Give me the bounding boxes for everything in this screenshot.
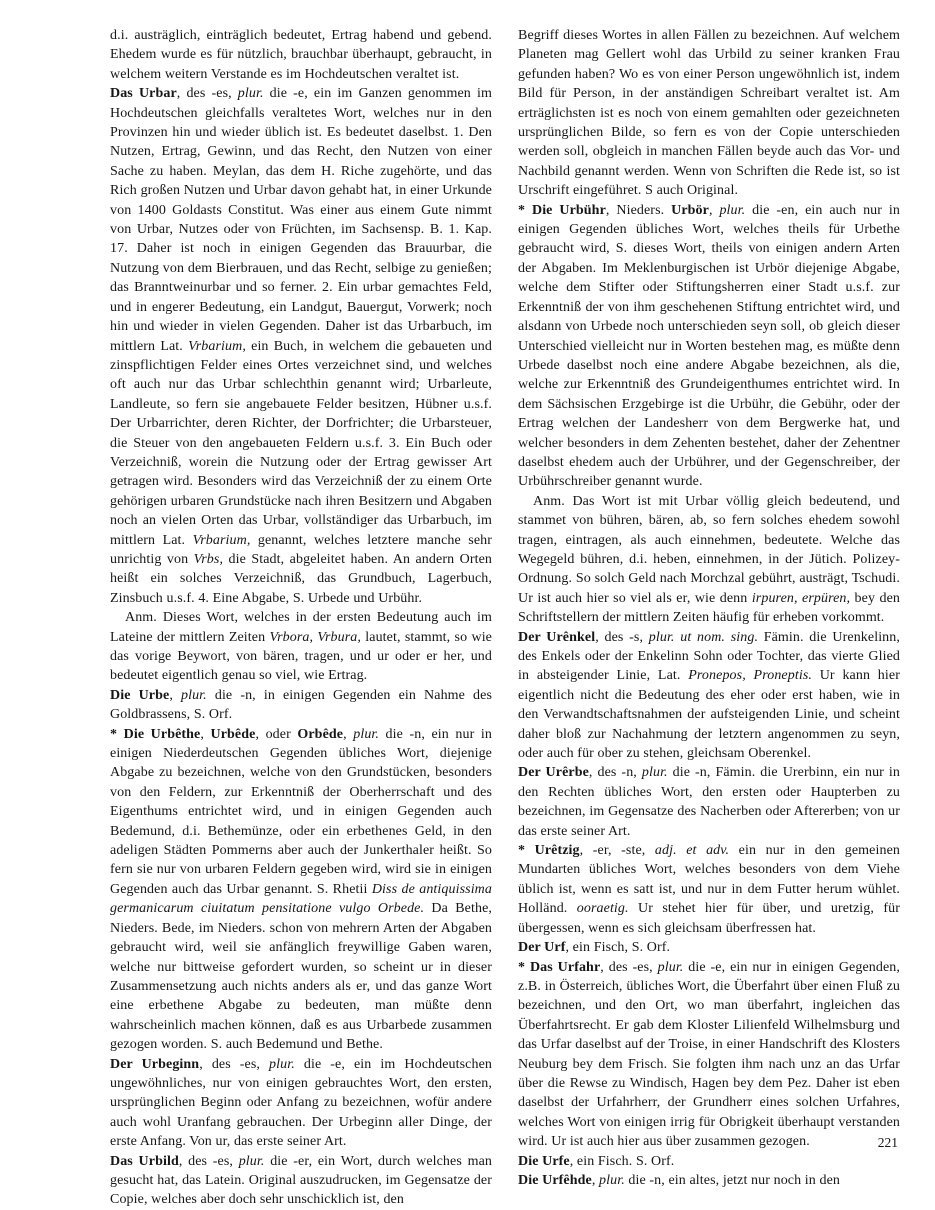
headword: Der Urêrbe: [518, 765, 589, 780]
entry-text: plur.: [269, 1057, 295, 1072]
entry-text: plur.: [239, 1154, 265, 1169]
entry-der-urf: Der Urf, ein Fisch, S. Orf.: [518, 938, 900, 957]
entry-text: die -e, ein im Ganzen genommen im Hochde…: [110, 86, 492, 353]
entry-die-urfe: Die Urfe, ein Fisch. S. Orf.: [518, 1152, 900, 1171]
entry-text: plur.: [181, 688, 207, 703]
entry-text: Begriff dieses Wortes in allen Fällen zu…: [518, 28, 900, 198]
text-columns: d.i. austräglich, einträglich bedeutet, …: [110, 26, 900, 1210]
entry-das-urbar: Das Urbar, des -es, plur. die -e, ein im…: [110, 84, 492, 608]
anmerkung-urbar: Anm. Dieses Wort, welches in der ersten …: [110, 608, 492, 686]
entry-text: d.i. austräglich, einträglich bedeutet, …: [110, 28, 492, 82]
entry-das-urbild-continuation: Begriff dieses Wortes in allen Fällen zu…: [518, 26, 900, 201]
entry-text: , des -es,: [600, 960, 657, 975]
headword: * Das Urfahr: [518, 960, 600, 975]
entry-text: plur.: [719, 203, 745, 218]
entry-text: die -n, ein altes, jetzt nur noch in den: [625, 1173, 840, 1188]
entry-die-urbethe: * Die Urbêthe, Urbêde, oder Orbêde, plur…: [110, 725, 492, 1055]
entry-text: ,: [709, 203, 720, 218]
entry-text: plur.: [353, 727, 379, 742]
headword: Der Urf: [518, 940, 565, 955]
entry-text: , des -es,: [199, 1057, 269, 1072]
left-column: d.i. austräglich, einträglich bedeutet, …: [110, 26, 492, 1210]
right-column: Begriff dieses Wortes in allen Fällen zu…: [518, 26, 900, 1210]
entry-text: Pronepos, Proneptis.: [688, 668, 812, 683]
entry-das-urbild: Das Urbild, des -es, plur. die -er, ein …: [110, 1152, 492, 1210]
entry-text: , ein Fisch. S. Orf.: [570, 1154, 675, 1169]
entry-uretzig: * Urêtzig, -er, -ste, adj. et adv. ein n…: [518, 841, 900, 938]
entry-text: , des -n,: [589, 765, 642, 780]
headword: * Urêtzig: [518, 843, 580, 858]
headword: Der Urbeginn: [110, 1057, 199, 1072]
entry-text: Vrbarium,: [193, 533, 251, 548]
entry-text: adj. et adv.: [655, 843, 729, 858]
entry-text: , ein Fisch, S. Orf.: [565, 940, 670, 955]
headword: Urbêde: [211, 727, 256, 742]
headword: * Die Urbühr: [518, 203, 606, 218]
entry-urbar-adj-continuation: d.i. austräglich, einträglich bedeutet, …: [110, 26, 492, 84]
entry-text: , oder: [255, 727, 297, 742]
headword: Die Urbe: [110, 688, 169, 703]
entry-text: plur.: [642, 765, 668, 780]
entry-text: , des -es,: [177, 86, 238, 101]
entry-text: Vrbarium,: [188, 339, 246, 354]
entry-text: plur.: [658, 960, 684, 975]
entry-text: , Nieders.: [606, 203, 671, 218]
entry-der-urbeginn: Der Urbeginn, des -es, plur. die -e, ein…: [110, 1055, 492, 1152]
entry-text: Vrbs,: [194, 552, 223, 567]
entry-text: plur. ut nom. sing.: [649, 630, 758, 645]
headword: Das Urbar: [110, 86, 177, 101]
entry-text: ,: [592, 1173, 599, 1188]
entry-text: , -er, -ste,: [580, 843, 655, 858]
dictionary-page: d.i. austräglich, einträglich bedeutet, …: [0, 0, 935, 1210]
headword: Orbêde: [297, 727, 343, 742]
headword: Urbör: [671, 203, 709, 218]
headword: * Die Urbêthe: [110, 727, 200, 742]
entry-das-urfahr: * Das Urfahr, des -es, plur. die -e, ein…: [518, 958, 900, 1152]
headword: Der Urênkel: [518, 630, 595, 645]
headword: Die Urfe: [518, 1154, 570, 1169]
entry-der-urenkel: Der Urênkel, des -s, plur. ut nom. sing.…: [518, 628, 900, 764]
entry-text: ,: [200, 727, 210, 742]
entry-text: Da Bethe, Nieders. Bede, im Nieders. sch…: [110, 901, 492, 1052]
entry-der-urerbe: Der Urêrbe, des -n, plur. die -n, Fämin.…: [518, 763, 900, 841]
entry-text: die -en, ein auch nur in einigen Gegende…: [518, 203, 900, 490]
entry-text: ,: [343, 727, 353, 742]
entry-text: ,: [169, 688, 181, 703]
entry-text: plur.: [238, 86, 264, 101]
entry-text: , des -es,: [179, 1154, 239, 1169]
entry-text: plur.: [599, 1173, 625, 1188]
entry-text: Vrbora, Vrbura,: [269, 630, 361, 645]
anmerkung-urbuehr: Anm. Das Wort ist mit Urbar völlig gleic…: [518, 492, 900, 628]
headword: Das Urbild: [110, 1154, 179, 1169]
headword: Die Urfêhde: [518, 1173, 592, 1188]
entry-die-urfehde: Die Urfêhde, plur. die -n, ein altes, je…: [518, 1171, 900, 1190]
entry-text: die -n, ein nur in einigen Niederdeutsch…: [110, 727, 492, 897]
page-number: 221: [878, 1135, 898, 1151]
entry-text: irpuren, erpüren,: [752, 591, 850, 606]
entry-text: , des -s,: [595, 630, 649, 645]
entry-text: Anm. Das Wort ist mit Urbar völlig gleic…: [518, 494, 900, 606]
entry-text: ein Buch, in welchem die gebaueten und z…: [110, 339, 492, 548]
entry-die-urbe: Die Urbe, plur. die -n, in einigen Gegen…: [110, 686, 492, 725]
entry-die-urbuehr: * Die Urbühr, Nieders. Urbör, plur. die …: [518, 201, 900, 492]
entry-text: ooraetig.: [577, 901, 629, 916]
entry-text: die -e, ein nur in einigen Gegenden, z.B…: [518, 960, 900, 1150]
